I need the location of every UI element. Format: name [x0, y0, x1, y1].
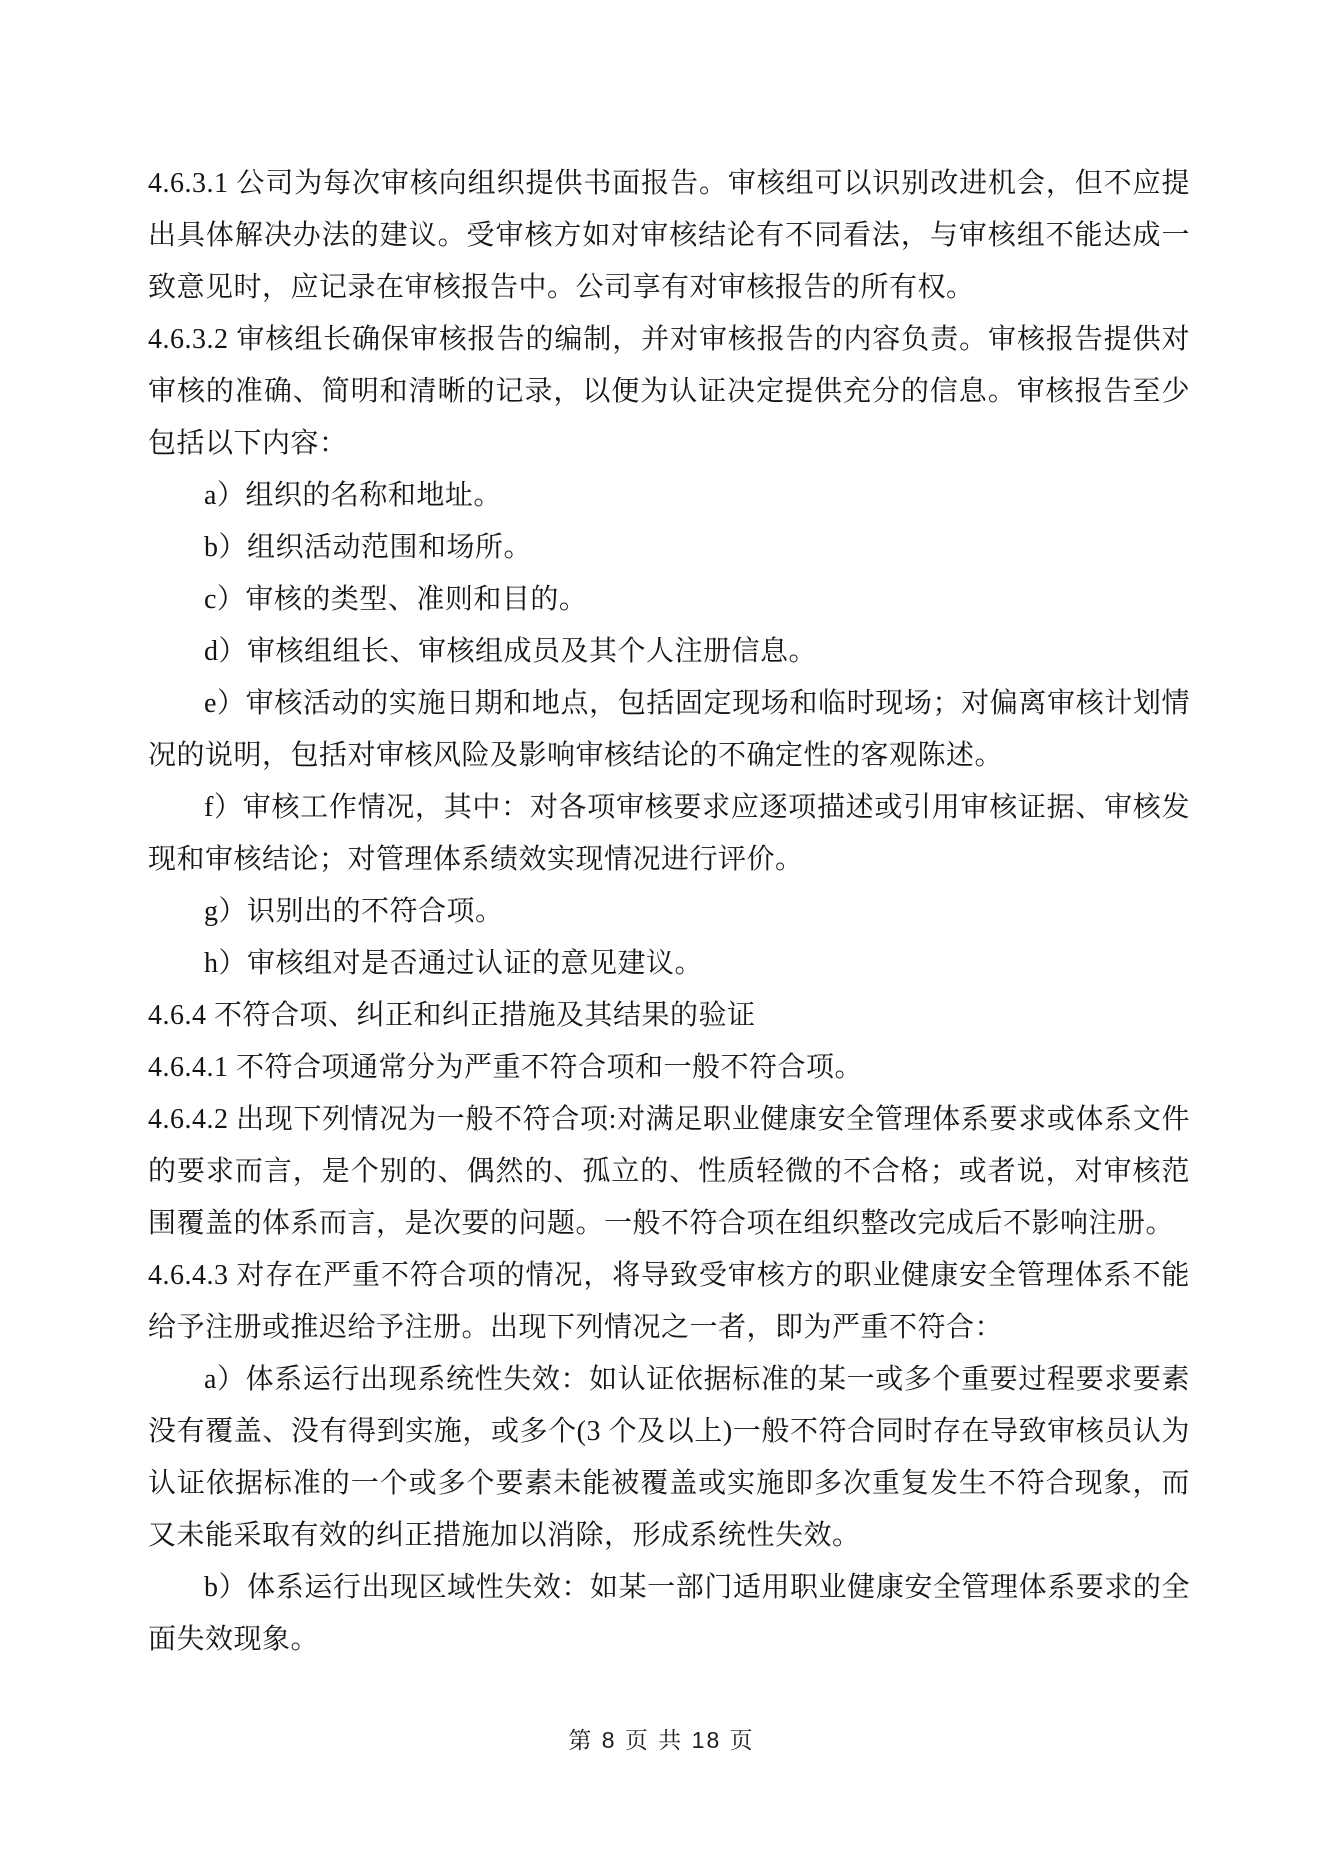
list-item-e: e）审核活动的实施日期和地点，包括固定现场和临时现场；对偏离审核计划情况的说明，… [148, 678, 1190, 782]
section-4-6-4-2: 4.6.4.2 出现下列情况为一般不符合项:对满足职业健康安全管理体系要求或体系… [148, 1094, 1190, 1250]
list-item-d: d）审核组组长、审核组成员及其个人注册信息。 [148, 626, 1190, 678]
list-item-a2: a）体系运行出现系统性失效：如认证依据标准的某一或多个重要过程要求要素没有覆盖、… [148, 1354, 1190, 1562]
section-4-6-4-3: 4.6.4.3 对存在严重不符合项的情况，将导致受审核方的职业健康安全管理体系不… [148, 1250, 1190, 1354]
document-body: 4.6.3.1 公司为每次审核向组织提供书面报告。审核组可以识别改进机会，但不应… [148, 158, 1190, 1666]
section-4-6-3-2: 4.6.3.2 审核组长确保审核报告的编制，并对审核报告的内容负责。审核报告提供… [148, 314, 1190, 470]
list-item-b2: b）体系运行出现区域性失效：如某一部门适用职业健康安全管理体系要求的全面失效现象… [148, 1562, 1190, 1666]
list-item-c: c）审核的类型、准则和目的。 [148, 574, 1190, 626]
list-item-a: a）组织的名称和地址。 [148, 470, 1190, 522]
heading-4-6-4: 4.6.4 不符合项、纠正和纠正措施及其结果的验证 [148, 990, 1190, 1042]
document-page: 4.6.3.1 公司为每次审核向组织提供书面报告。审核组可以识别改进机会，但不应… [0, 0, 1323, 1871]
section-4-6-4-1: 4.6.4.1 不符合项通常分为严重不符合项和一般不符合项。 [148, 1042, 1190, 1094]
section-4-6-3-1: 4.6.3.1 公司为每次审核向组织提供书面报告。审核组可以识别改进机会，但不应… [148, 158, 1190, 314]
page-number-footer: 第 8 页 共 18 页 [0, 1722, 1323, 1755]
list-item-h: h）审核组对是否通过认证的意见建议。 [148, 938, 1190, 990]
list-item-g: g）识别出的不符合项。 [148, 886, 1190, 938]
list-item-f: f）审核工作情况，其中：对各项审核要求应逐项描述或引用审核证据、审核发现和审核结… [148, 782, 1190, 886]
list-item-b: b）组织活动范围和场所。 [148, 522, 1190, 574]
